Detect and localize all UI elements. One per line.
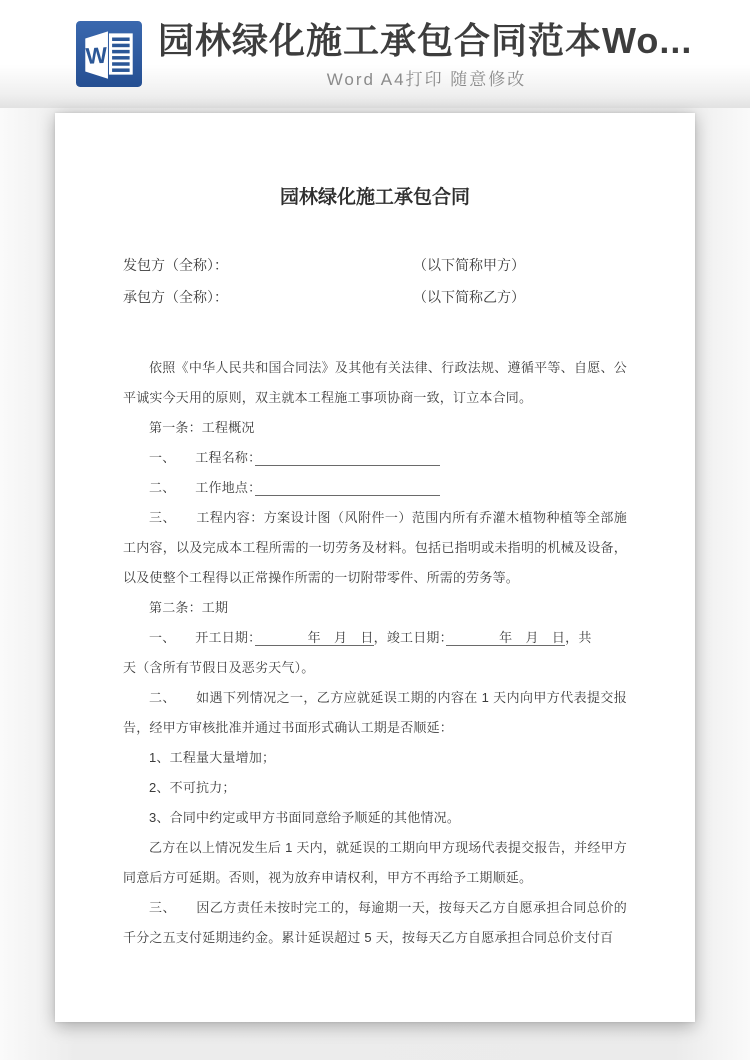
- doc-text: 二、 工作地点：: [149, 480, 255, 495]
- page-subtitle: Word A4打印 随意修改: [158, 65, 695, 90]
- doc-text: 第二条：工期: [149, 600, 228, 615]
- header: W 园林绿化施工承包合同范本Wo... Word A4打印 随意修改: [0, 0, 750, 108]
- doc-text: 三、 工程内容：方案设计图（风附件一）范围内所有乔灌木植物种植等全部施工内容，以…: [123, 510, 627, 585]
- doc-text: 一、 开工日期：: [149, 630, 255, 645]
- blank-underline: [255, 450, 440, 466]
- contract-paragraph: 三、 因乙方责任未按时完工的，每逾期一天，按每天乙方自愿承担合同总价的千分之五支…: [123, 893, 627, 953]
- contract-paragraph: 第一条：工程概况: [123, 413, 627, 443]
- doc-text: 二、 如遇下列情况之一，乙方应就延误工期的内容在 1 天内向甲方代表提交报告，经…: [123, 690, 627, 735]
- contract-paragraph: 1、工程量大量增加；: [123, 743, 627, 773]
- party-note: （以下简称甲方）: [413, 257, 525, 273]
- doc-text: 1、工程量大量增加；: [149, 750, 275, 765]
- blank-underline: 年 月 日: [446, 630, 565, 646]
- header-text: 园林绿化施工承包合同范本Wo... Word A4打印 随意修改: [158, 19, 695, 90]
- doc-text: ，竣工日期：: [374, 630, 447, 645]
- contract-paragraph: 一、 工程名称：: [123, 443, 627, 473]
- blank-underline: 年 月 日: [255, 630, 374, 646]
- doc-text: 乙方在以上情况发生后 1 天内，就延误的工期向甲方现场代表提交报告，并经甲方同意…: [123, 840, 627, 885]
- contract-paragraph: 乙方在以上情况发生后 1 天内，就延误的工期向甲方现场代表提交报告，并经甲方同意…: [123, 833, 627, 893]
- doc-text: 2、不可抗力；: [149, 780, 236, 795]
- document-canvas: 园林绿化施工承包合同 发包方（全称）：（以下简称甲方） 承包方（全称）：（以下简…: [0, 108, 750, 1060]
- document-title: 园林绿化施工承包合同: [123, 183, 627, 213]
- word-icon: W: [76, 21, 142, 87]
- document-page: 园林绿化施工承包合同 发包方（全称）：（以下简称甲方） 承包方（全称）：（以下简…: [55, 113, 695, 1022]
- party-row-contractor: 承包方（全称）：（以下简称乙方）: [123, 281, 627, 313]
- svg-text:W: W: [85, 42, 108, 69]
- contract-paragraph: 一、 开工日期： 年 月 日，竣工日期： 年 月 日，共: [123, 623, 627, 653]
- doc-text: 一、 工程名称：: [149, 450, 255, 465]
- doc-text: 三、 因乙方责任未按时完工的，每逾期一天，按每天乙方自愿承担合同总价的千分之五支…: [123, 900, 627, 945]
- doc-text: ，共: [565, 630, 591, 645]
- contract-paragraph: 天（含所有节假日及恶劣天气）。: [123, 653, 627, 683]
- contract-paragraph: 二、 如遇下列情况之一，乙方应就延误工期的内容在 1 天内向甲方代表提交报告，经…: [123, 683, 627, 743]
- contract-paragraph: 依照《中华人民共和国合同法》及其他有关法律、行政法规、遵循平等、自愿、公平诚实今…: [123, 353, 627, 413]
- page-title: 园林绿化施工承包合同范本Wo...: [158, 19, 695, 63]
- doc-text: 第一条：工程概况: [149, 420, 255, 435]
- party-row-employer: 发包方（全称）：（以下简称甲方）: [123, 249, 627, 281]
- contract-paragraph: 二、 工作地点：: [123, 473, 627, 503]
- contract-paragraph: 3、合同中约定或甲方书面同意给予顺延的其他情况。: [123, 803, 627, 833]
- doc-text: 天（含所有节假日及恶劣天气）。: [123, 660, 315, 675]
- party-label: 发包方（全称）：: [123, 249, 413, 281]
- doc-text: 依照《中华人民共和国合同法》及其他有关法律、行政法规、遵循平等、自愿、公平诚实今…: [123, 360, 627, 405]
- contract-paragraph: 2、不可抗力；: [123, 773, 627, 803]
- blank-underline: [255, 480, 440, 496]
- document-body: 依照《中华人民共和国合同法》及其他有关法律、行政法规、遵循平等、自愿、公平诚实今…: [123, 353, 627, 953]
- doc-text: 3、合同中约定或甲方书面同意给予顺延的其他情况。: [149, 810, 460, 825]
- contract-paragraph: 第二条：工期: [123, 593, 627, 623]
- party-note: （以下简称乙方）: [413, 289, 525, 305]
- party-label: 承包方（全称）：: [123, 281, 413, 313]
- contract-paragraph: 三、 工程内容：方案设计图（风附件一）范围内所有乔灌木植物种植等全部施工内容，以…: [123, 503, 627, 593]
